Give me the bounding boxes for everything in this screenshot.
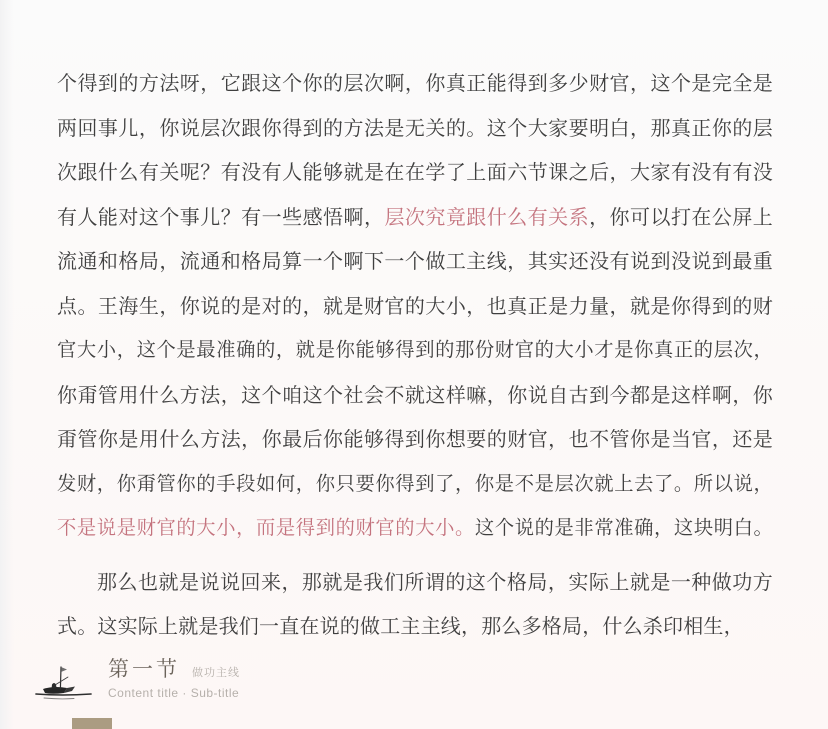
body-text: 个得到的方法呀，它跟这个你的层次啊，你真正能得到多少财官，这个是完全是	[57, 73, 773, 95]
body-text: 官大小，这个是最准确的，就是你能够得到的那份财官的大小才是你真正的层次，	[57, 340, 773, 361]
page-footer: 第一节 做功主线 Content title · Sub-title	[34, 653, 240, 703]
ink-boat-icon	[34, 655, 94, 703]
text-line: 有人能对这个事儿？有一些感悟啊，层次究竟跟什么有关系，你可以打在公屏上	[57, 196, 773, 241]
page-edge-shade	[0, 0, 14, 729]
document-page: { "page": { "background": "#fcf9f8" }, "…	[0, 0, 828, 729]
body-text: 甭管你是用什么方法，你最后你能够得到你想要的财官，也不管你是当官，还是	[57, 429, 773, 451]
text-line: 次跟什么有关呢？有没有人能够就是在在学了上面六节课之后，大家有没有有没	[57, 151, 773, 196]
body-text: 有人能对这个事儿？有一些感悟啊，	[57, 207, 384, 229]
text-line: 点。王海生，你说的是对的，就是财官的大小，也真正是力量，就是你得到的财	[57, 285, 773, 330]
highlighted-text: 层次究竟跟什么有关系	[384, 207, 589, 229]
footer-text: 第一节 做功主线 Content title · Sub-title	[108, 653, 240, 700]
text-line: 流通和格局，流通和格局算一个啊下一个做工主线，其实还没有说到没说到最重	[57, 240, 773, 285]
section-title: 第一节	[108, 653, 180, 683]
body-text: 发财，你甭管你的手段如何，你只要你得到了，你是不是层次就上去了。所以说，	[57, 474, 773, 495]
text-line: 不是说是财官的大小，而是得到的财官的大小。这个说的是非常准确，这块明白。	[57, 507, 773, 552]
text-line: 式。这实际上就是我们一直在说的做工主主线，那么多格局，什么杀印相生，	[57, 605, 773, 650]
text-line: 两回事儿，你说层次跟你得到的方法是无关的。这个大家要明白，那真正你的层	[57, 107, 773, 152]
footer-title-row: 第一节 做功主线	[108, 653, 240, 683]
text-line: 个得到的方法呀，它跟这个你的层次啊，你真正能得到多少财官，这个是完全是	[57, 62, 773, 107]
body-text: 点。王海生，你说的是对的，就是财官的大小，也真正是力量，就是你得到的财	[57, 296, 773, 318]
accent-color-block	[72, 718, 112, 729]
body-text: 你甭管用什么方法，这个咱这个社会不就这样嘛，你说自古到今都是这样啊，你	[57, 385, 773, 407]
body-text: 流通和格局，流通和格局算一个啊下一个做工主线，其实还没有说到没说到最重	[57, 251, 773, 273]
footer-caption: Content title · Sub-title	[108, 686, 240, 700]
body-text: 式。这实际上就是我们一直在说的做工主主线，那么多格局，什么杀印相生，	[57, 616, 744, 638]
section-subtitle: 做功主线	[192, 664, 240, 680]
body-text: 这个说的是非常准确，这块明白。	[475, 518, 773, 539]
body-text: 次跟什么有关呢？有没有人能够就是在在学了上面六节课之后，大家有没有有没	[57, 162, 773, 184]
text-line: 你甭管用什么方法，这个咱这个社会不就这样嘛，你说自古到今都是这样啊，你	[57, 374, 773, 419]
text-line: 甭管你是用什么方法，你最后你能够得到你想要的财官，也不管你是当官，还是	[57, 418, 773, 463]
body-text: ，你可以打在公屏上	[589, 207, 773, 229]
text-line: 官大小，这个是最准确的，就是你能够得到的那份财官的大小才是你真正的层次，	[57, 329, 773, 374]
text-lines-host: 个得到的方法呀，它跟这个你的层次啊，你真正能得到多少财官，这个是完全是两回事儿，…	[57, 62, 773, 650]
body-text: 两回事儿，你说层次跟你得到的方法是无关的。这个大家要明白，那真正你的层	[57, 118, 773, 140]
text-line: 发财，你甭管你的手段如何，你只要你得到了，你是不是层次就上去了。所以说，	[57, 463, 773, 508]
document-text-block: 个得到的方法呀，它跟这个你的层次啊，你真正能得到多少财官，这个是完全是两回事儿，…	[57, 62, 773, 650]
highlighted-text: 不是说是财官的大小，而是得到的财官的大小。	[57, 518, 475, 539]
body-text: 那么也就是说说回来，那就是我们所谓的这个格局，实际上就是一种做功方	[97, 572, 773, 594]
text-line: 那么也就是说说回来，那就是我们所谓的这个格局，实际上就是一种做功方	[57, 561, 773, 606]
